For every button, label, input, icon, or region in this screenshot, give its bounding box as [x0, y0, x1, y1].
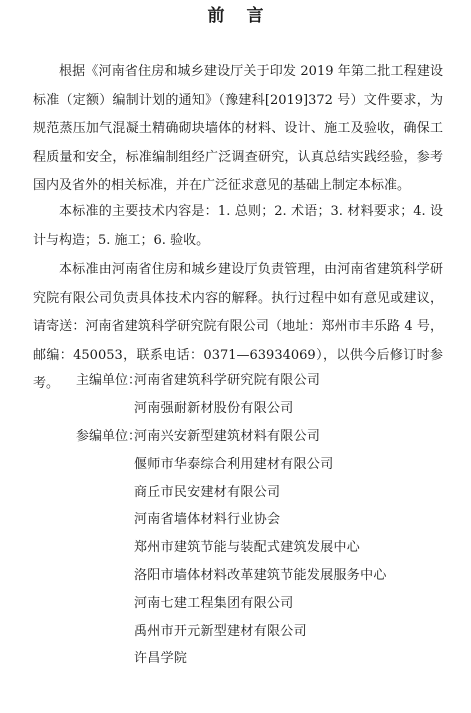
paragraph-text: 本标准的主要技术内容是：1. 总则；2. 术语；3. 材料要求；4. 设计与构造…	[33, 198, 443, 255]
participating-editor-unit: 河南兴安新型建筑材料有限公司	[134, 425, 320, 444]
participating-editor-row: 商丘市民安建材有限公司	[76, 476, 387, 504]
chief-editor-unit: 河南省建筑科学研究院有限公司	[134, 369, 320, 388]
participating-editor-unit: 偃师市华泰综合利用建材有限公司	[134, 453, 334, 472]
document-page: 前言 根据《河南省住房和城乡建设厅关于印发 2019 年第二批工程建设标准（定额…	[0, 0, 471, 713]
page-title: 前言	[0, 4, 471, 28]
participating-editor-row: 郑州市建筑节能与装配式建筑发展中心	[76, 532, 387, 560]
chief-editor-row: 主编单位： 河南省建筑科学研究院有限公司	[76, 365, 387, 393]
participating-editor-row: 洛阳市墙体材料改革建筑节能发展服务中心	[76, 560, 387, 588]
chief-editor-row: 河南强耐新材股份有限公司	[76, 393, 387, 421]
participating-editor-row: 偃师市华泰综合利用建材有限公司	[76, 448, 387, 476]
participating-editor-row: 许昌学院	[76, 643, 387, 671]
participating-editor-unit: 禹州市开元新型建材有限公司	[134, 620, 307, 639]
chief-editor-label: 主编单位：	[76, 369, 134, 388]
participating-editor-unit: 郑州市建筑节能与装配式建筑发展中心	[134, 536, 360, 555]
title-char-2: 言	[247, 4, 264, 28]
participating-editor-label: 参编单位：	[76, 425, 134, 444]
paragraph-technical-content: 本标准的主要技术内容是：1. 总则；2. 术语；3. 材料要求；4. 设计与构造…	[33, 198, 443, 255]
participating-editor-row: 禹州市开元新型建材有限公司	[76, 615, 387, 643]
participating-editor-row: 参编单位： 河南兴安新型建筑材料有限公司	[76, 421, 387, 449]
participating-editor-unit: 许昌学院	[134, 647, 187, 666]
participating-editor-unit: 河南七建工程集团有限公司	[134, 592, 294, 611]
participating-editor-row: 河南七建工程集团有限公司	[76, 587, 387, 615]
participating-editor-row: 河南省墙体材料行业协会	[76, 504, 387, 532]
paragraph-background: 根据《河南省住房和城乡建设厅关于印发 2019 年第二批工程建设标准（定额）编制…	[33, 58, 443, 201]
editing-units: 主编单位： 河南省建筑科学研究院有限公司 河南强耐新材股份有限公司 参编单位： …	[76, 365, 387, 671]
participating-editor-unit: 洛阳市墙体材料改革建筑节能发展服务中心	[134, 564, 387, 583]
title-char-1: 前	[208, 4, 225, 28]
chief-editor-unit: 河南强耐新材股份有限公司	[134, 397, 294, 416]
participating-editor-unit: 商丘市民安建材有限公司	[134, 481, 280, 500]
participating-editor-unit: 河南省墙体材料行业协会	[134, 508, 280, 527]
paragraph-text: 根据《河南省住房和城乡建设厅关于印发 2019 年第二批工程建设标准（定额）编制…	[33, 58, 443, 201]
